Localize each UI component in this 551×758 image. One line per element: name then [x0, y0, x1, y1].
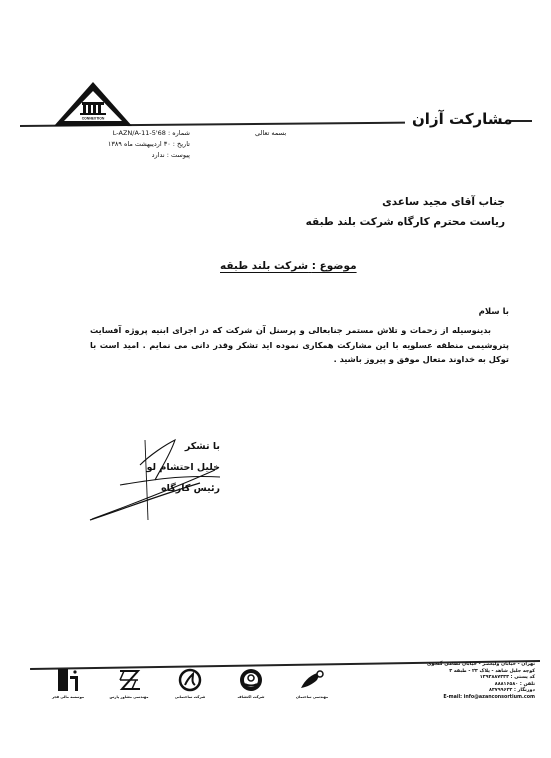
circle-ring-logo-icon [238, 668, 264, 692]
subject-line: موضوع : شرکت بلند طبقه [220, 260, 357, 272]
addressee-name: جناب آقای مجید ساعدی [306, 192, 505, 212]
company-name: مشارکت آزان [412, 110, 512, 128]
letter-body: بدینوسیله از زحمات و تلاش مستمر جنابعالی… [90, 323, 509, 367]
triangle-logo-icon: CONNEXTION [52, 80, 134, 130]
postal-code: کد پستی : ۱۳۹۳۸۸۷۳۳۳ [415, 675, 535, 682]
header-dash [510, 120, 532, 122]
fax: دورنگار : ۸۳۷۹۹۶۲۳ [415, 688, 535, 695]
svg-text:CONNEXTION: CONNEXTION [82, 117, 105, 121]
fa-logo-icon [55, 668, 81, 692]
letter-meta: شماره : L-AZN/A-11-5'68 تاریخ : ۳۰ اردیب… [90, 128, 190, 161]
subject-value: شرکت بلند طبقه [220, 260, 308, 272]
company-logo: CONNEXTION [52, 80, 134, 130]
signature-closing: با تشکر [120, 436, 220, 457]
partner-logo: موسسه مالی فجر [40, 668, 96, 708]
date-row: تاریخ : ۳۰ اردیبهشت ماه ۱۳۸۹ [90, 139, 190, 150]
partner-name: موسسه مالی فجر [52, 695, 84, 699]
attachment-value: ندارد [152, 151, 165, 159]
greeting: با سلام [479, 307, 509, 317]
partner-logo: شرکت ساختمانی [162, 668, 218, 708]
email: E-mail: info@azanconsortium.com [415, 695, 535, 702]
date-label: تاریخ : [173, 140, 190, 148]
attachment-row: پیوست : ندارد [90, 150, 190, 161]
reference-row: شماره : L-AZN/A-11-5'68 [90, 128, 190, 139]
swoosh-logo-icon [299, 668, 325, 692]
reference-number: L-AZN/A-11-5'68 [113, 129, 166, 137]
signature-block: با تشکر خلیل احتشام لو رئیس کارگاه [120, 436, 220, 499]
attachment-label: پیوست : [167, 151, 190, 159]
zigzag-logo-icon [116, 668, 142, 692]
reference-label: شماره : [168, 129, 190, 137]
addressee-title: ریاست محترم کارگاه شرکت بلند طبقه [306, 212, 505, 232]
partner-logo: مهندسی مشاور پارس [101, 668, 157, 708]
partner-name: مهندسی مشاور پارس [109, 695, 148, 699]
subject-label: موضوع : [312, 260, 357, 272]
signer-name: خلیل احتشام لو [120, 457, 220, 478]
signer-title: رئیس کارگاه [120, 478, 220, 499]
partner-name: مهندسی ساختمان [296, 695, 328, 699]
addressee-block: جناب آقای مجید ساعدی ریاست محترم کارگاه … [306, 192, 505, 232]
partner-logo: مهندسی ساختمان [284, 668, 340, 708]
partner-name: شرکت اکتشاف [238, 695, 265, 699]
salutation-mark: بسمه تعالی [255, 129, 286, 137]
partner-logos: موسسه مالی فجر مهندسی مشاور پارس شرکت سا… [40, 668, 340, 708]
circle-figure-logo-icon [177, 668, 203, 692]
address-line: تهران - خیابان ولیعصر - خیابان نظامی گنج… [415, 662, 535, 669]
partner-logo: شرکت اکتشاف [223, 668, 279, 708]
partner-name: شرکت ساختمانی [175, 695, 206, 699]
date-value: ۳۰ اردیبهشت ماه ۱۳۸۹ [108, 140, 171, 148]
footer-address: تهران - خیابان ولیعصر - خیابان نظامی گنج… [415, 662, 535, 702]
